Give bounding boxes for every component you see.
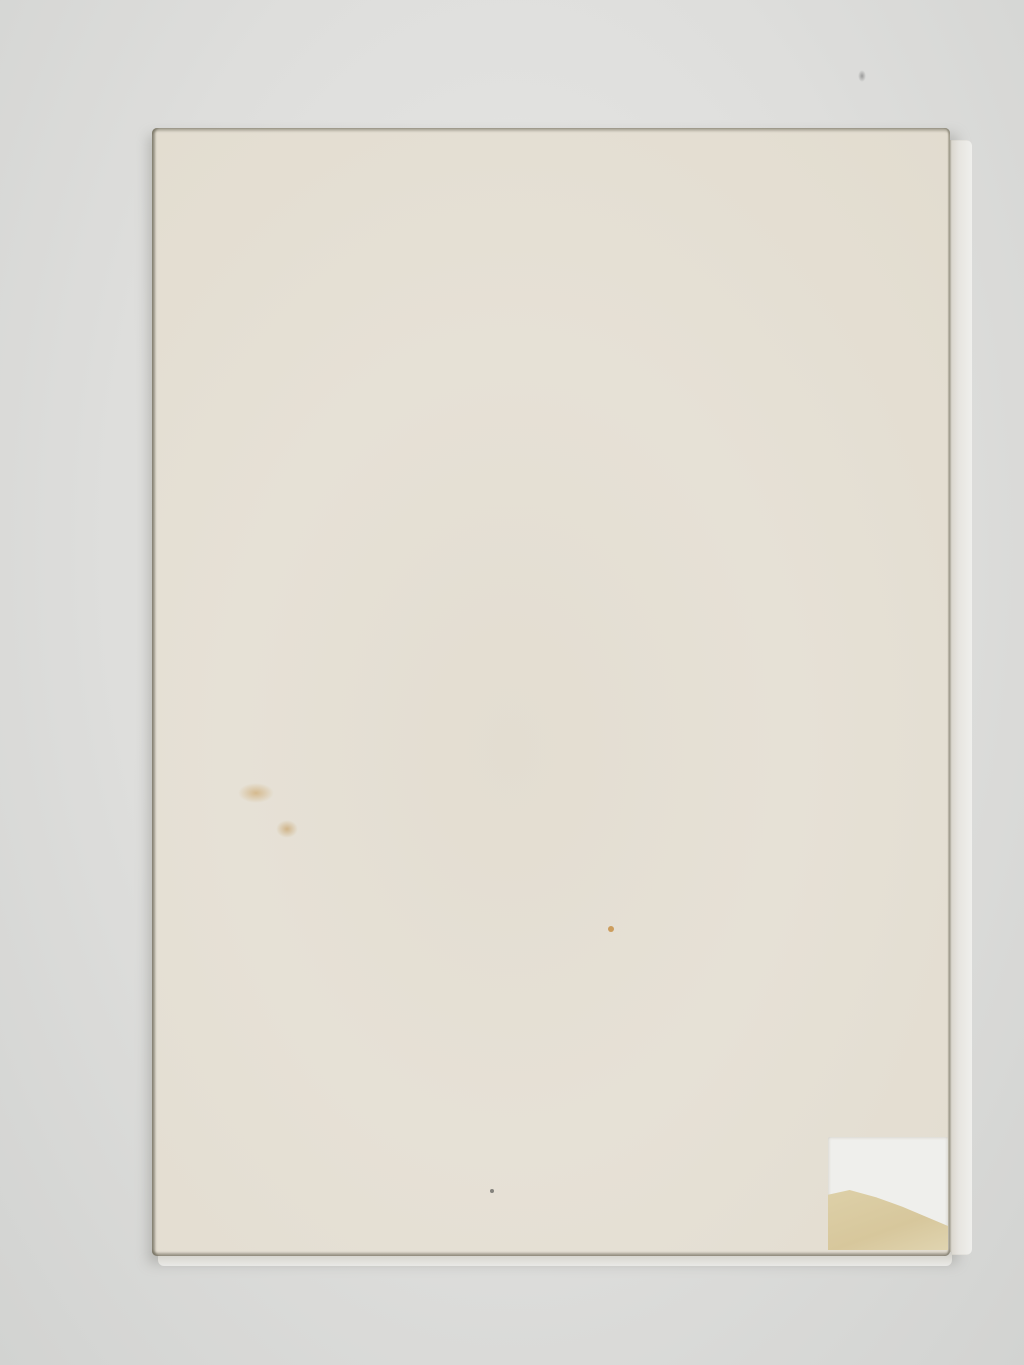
surface-mark <box>858 70 866 82</box>
foxing-stain <box>276 820 298 838</box>
orange-spot <box>608 926 614 932</box>
foxing-stain <box>238 783 274 803</box>
book-page-edge-right <box>950 140 972 1255</box>
book-back-cover <box>152 128 950 1256</box>
dark-speck <box>490 1189 494 1193</box>
